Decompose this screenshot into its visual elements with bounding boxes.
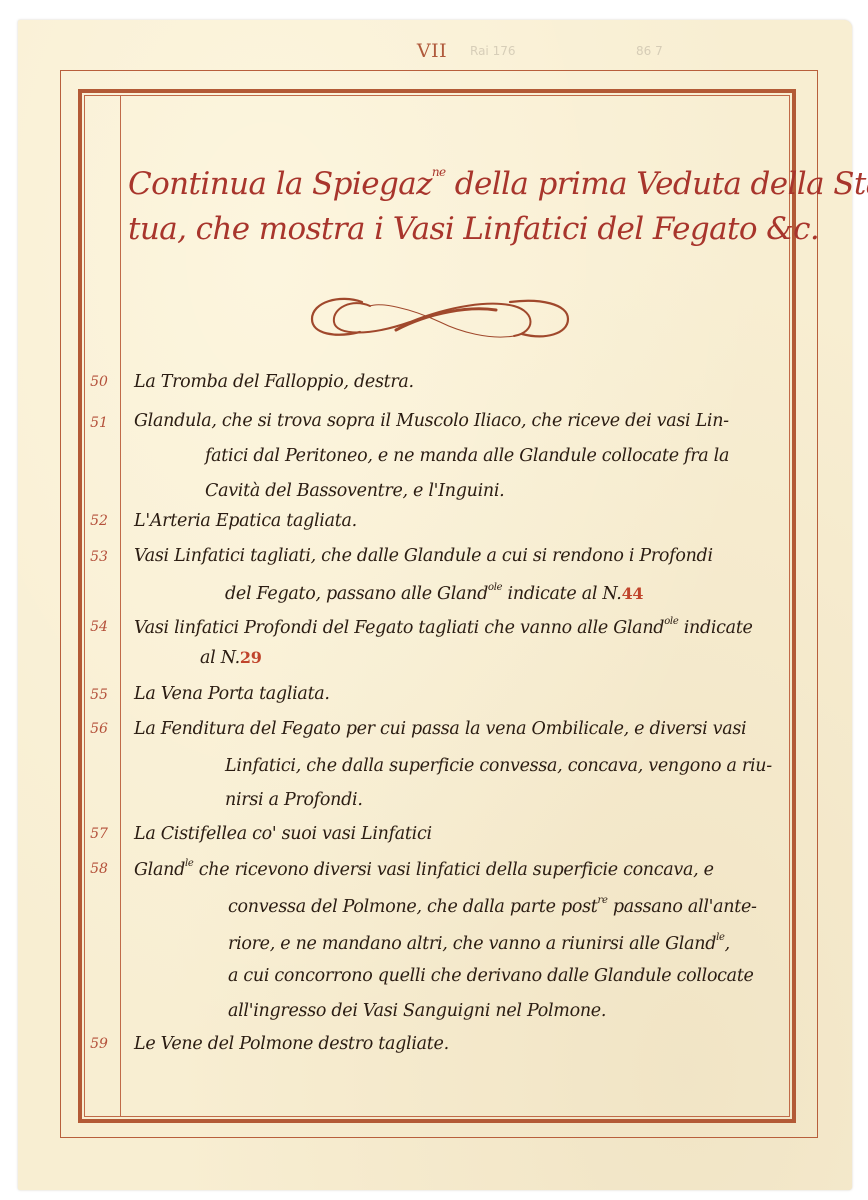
entry-number: 59	[84, 1036, 114, 1052]
entry-text: nirsi a Profondi.	[225, 790, 363, 810]
entry-text: a cui concorrono quelli che derivano dal…	[228, 966, 754, 986]
entry-text: La Fenditura del Fegato per cui passa la…	[134, 719, 746, 739]
entry-text: La Vena Porta tagliata.	[134, 684, 330, 704]
margin-rule	[120, 95, 121, 1117]
flourish-ornament-icon	[300, 292, 580, 346]
title-line-2: tua, che mostra i Vasi Linfatici del Feg…	[128, 207, 793, 252]
entry-text: Vasi Linfatici tagliati, che dalle Gland…	[134, 546, 713, 566]
entry-text: Vasi linfatici Profondi del Fegato tagli…	[134, 616, 753, 638]
entry-text: L'Arteria Epatica tagliata.	[134, 511, 357, 531]
entry-text: Glandle che ricevono diversi vasi linfat…	[134, 858, 714, 880]
entry-text: del Fegato, passano alle Glandole indica…	[225, 582, 643, 604]
entry-text: convessa del Polmone, che dalla parte po…	[228, 895, 757, 917]
entry-number: 57	[84, 826, 114, 842]
pencil-mark: Rai 176	[470, 44, 515, 58]
entry-number: 54	[84, 619, 114, 635]
title-line-1: Continua la Spiegazne della prima Veduta…	[128, 150, 793, 207]
entry-text: fatici dal Peritoneo, e ne manda alle Gl…	[205, 446, 729, 466]
entry-number: 58	[84, 861, 114, 877]
entry-text: La Tromba del Falloppio, destra.	[134, 372, 414, 392]
entry-text: riore, e ne mandano altri, che vanno a r…	[228, 932, 730, 954]
entry-text: Cavità del Bassoventre, e l'Inguini.	[205, 481, 504, 501]
entry-number: 52	[84, 513, 114, 529]
folio-number: VII	[402, 40, 462, 62]
entry-text: La Cistifellea co' suoi vasi Linfatici	[134, 824, 432, 844]
entry-text: al N.29	[200, 648, 262, 668]
entry-number: 51	[84, 415, 114, 431]
cross-reference-number: 29	[240, 648, 262, 667]
entry-number: 50	[84, 374, 114, 390]
entry-number: 55	[84, 687, 114, 703]
entry-text: Glandula, che si trova sopra il Muscolo …	[134, 411, 729, 431]
entry-text: all'ingresso dei Vasi Sanguigni nel Polm…	[228, 1001, 606, 1021]
entry-number: 53	[84, 549, 114, 565]
page-title: Continua la Spiegazne della prima Veduta…	[128, 150, 793, 252]
pencil-mark: 86 7	[636, 44, 663, 58]
cross-reference-number: 44	[622, 584, 644, 603]
entry-number: 56	[84, 721, 114, 737]
entry-text: Linfatici, che dalla superficie convessa…	[225, 756, 772, 776]
entry-text: Le Vene del Polmone destro tagliate.	[134, 1034, 449, 1054]
